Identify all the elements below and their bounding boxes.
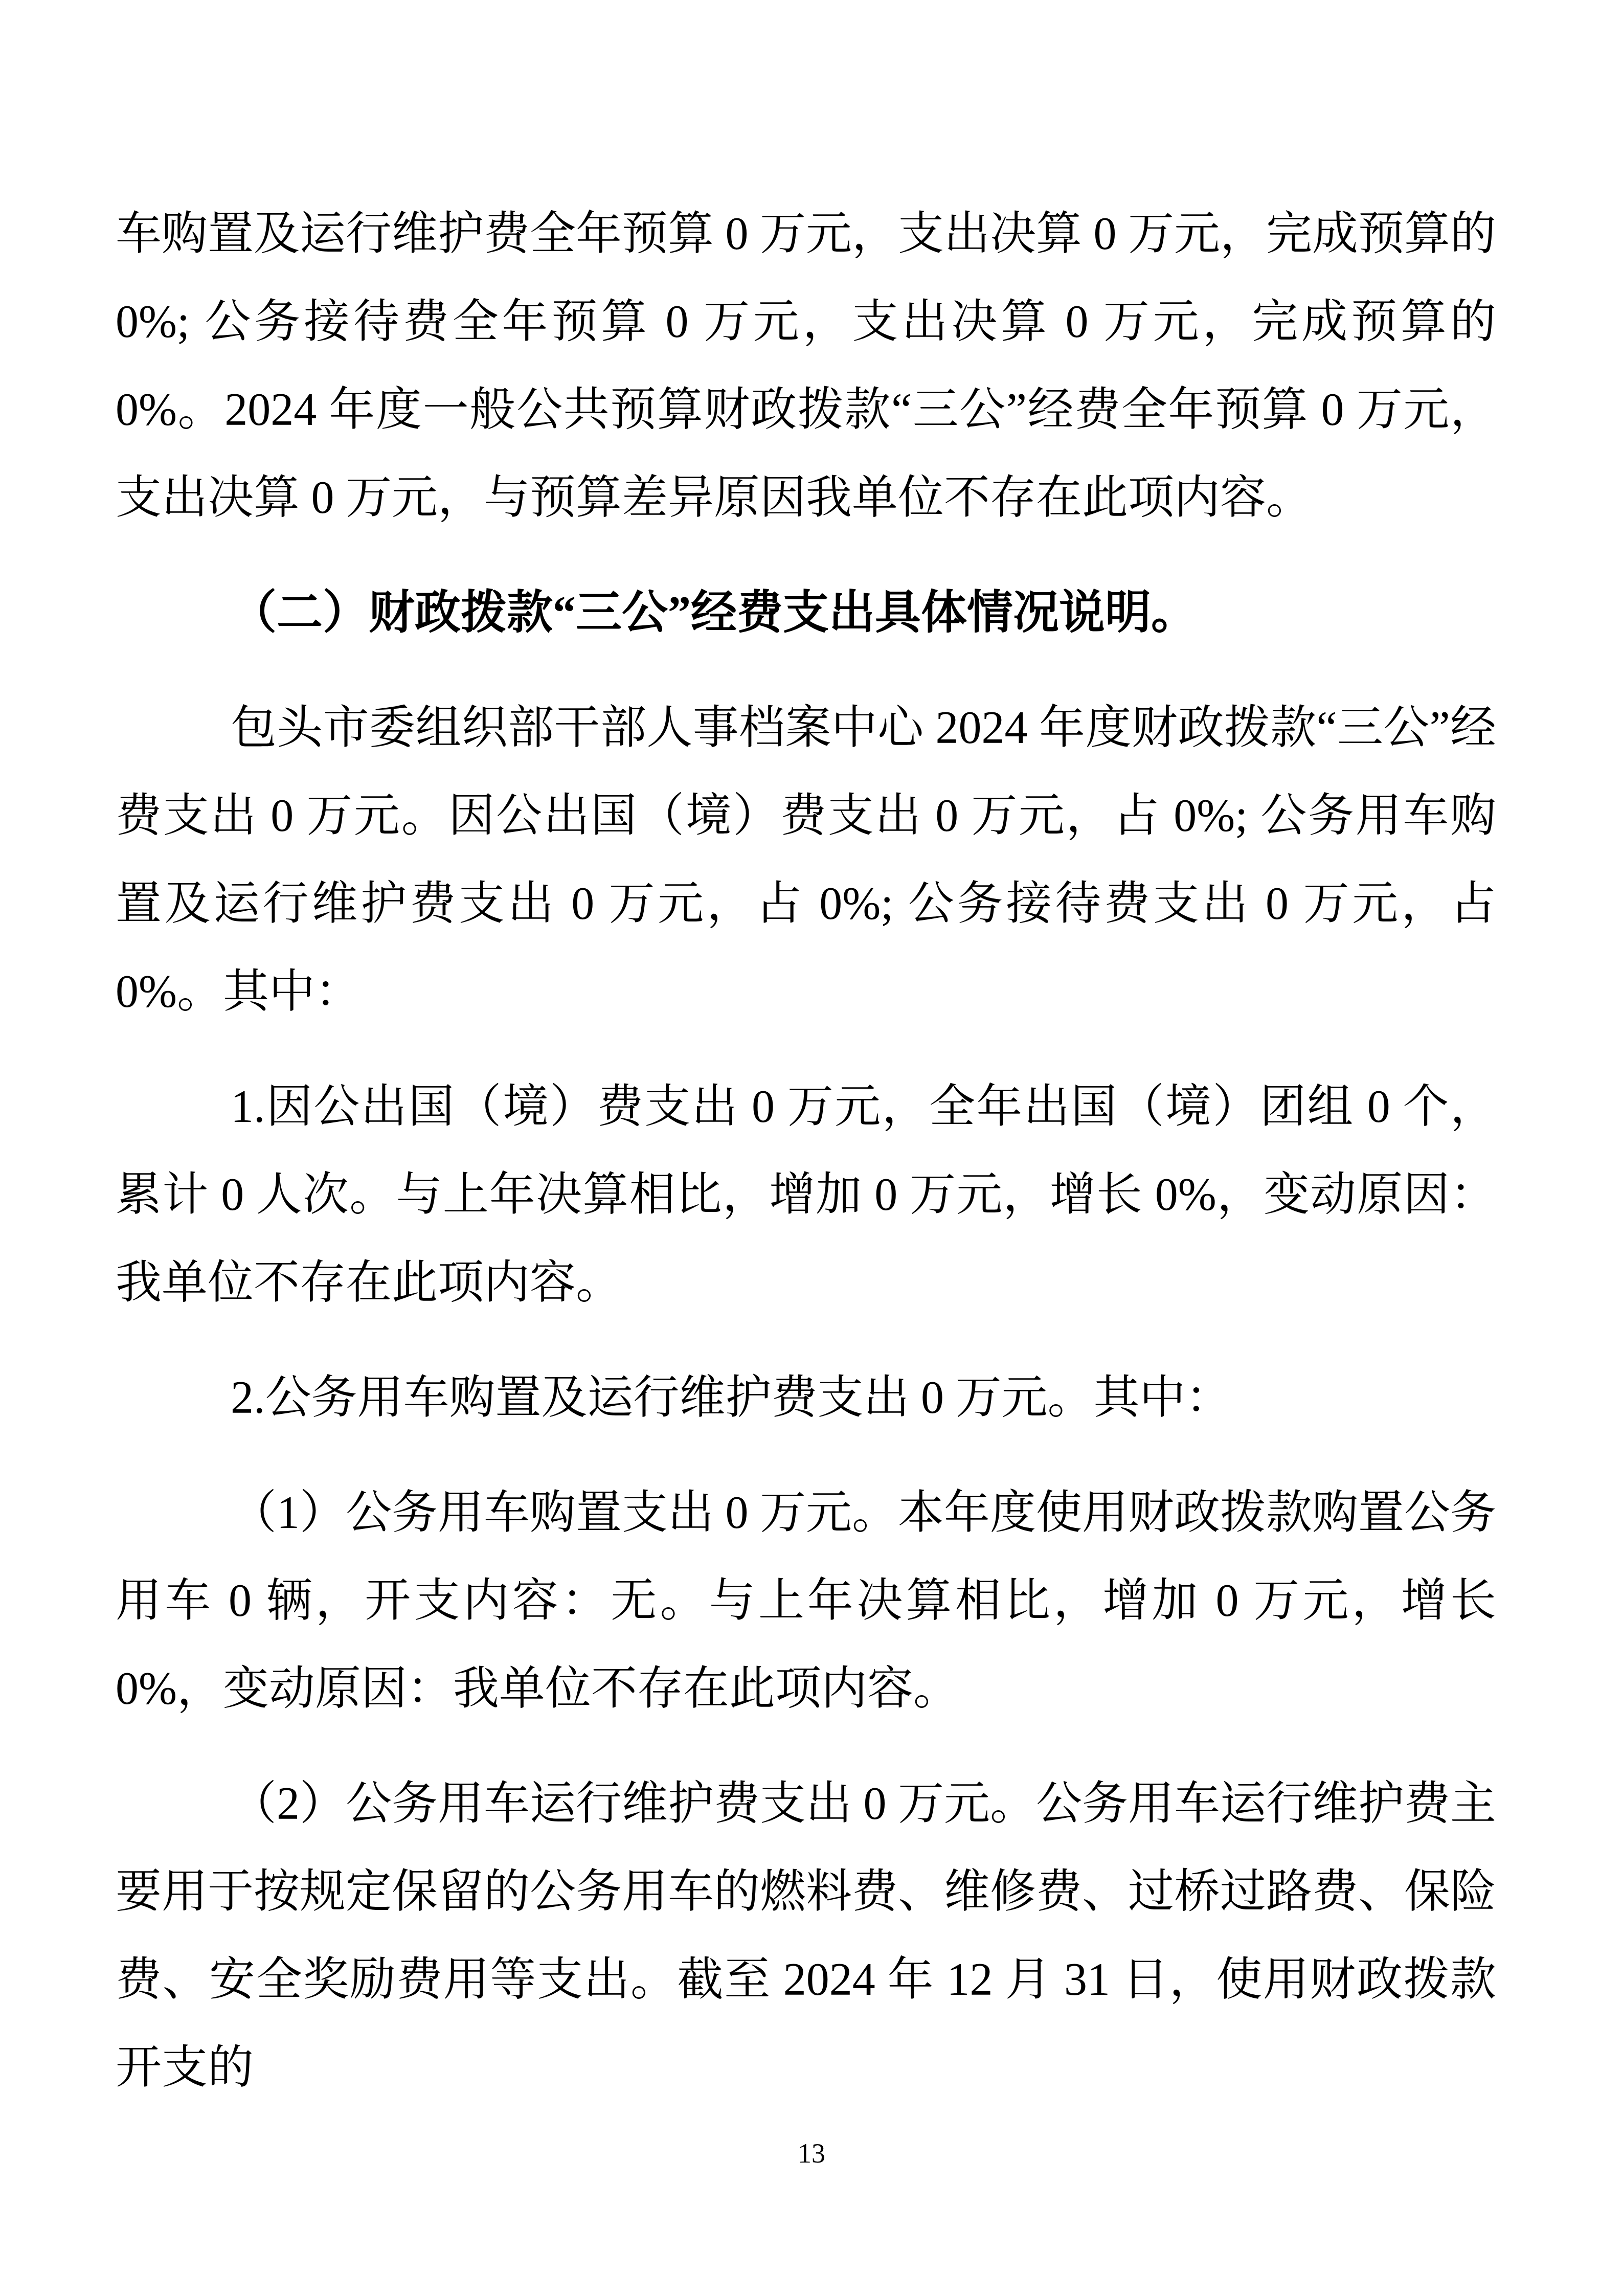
section-heading-sanggong-details: （二）财政拨款“三公”经费支出具体情况说明。 — [116, 569, 1496, 657]
paragraph-item1-abroad-expense: 1.因公出国（境）费支出 0 万元，全年出国（境）团组 0 个，累计 0 人次。… — [116, 1063, 1496, 1327]
page-number: 13 — [0, 2136, 1623, 2170]
paragraph-sanggong-overview: 包头市委组织部干部人事档案中心 2024 年度财政拨款“三公”经费支出 0 万元… — [116, 684, 1496, 1036]
document-body: 车购置及运行维护费全年预算 0 万元，支出决算 0 万元，完成预算的 0%; 公… — [116, 190, 1496, 2112]
document-page: 车购置及运行维护费全年预算 0 万元，支出决算 0 万元，完成预算的 0%; 公… — [0, 0, 1623, 2296]
paragraph-item2-vehicle-expense: 2.公务用车购置及运行维护费支出 0 万元。其中： — [116, 1354, 1496, 1442]
paragraph-item2-1-vehicle-purchase: （1）公务用车购置支出 0 万元。本年度使用财政拨款购置公务用车 0 辆，开支内… — [116, 1469, 1496, 1733]
paragraph-item2-2-vehicle-maintenance: （2）公务用车运行维护费支出 0 万元。公务用车运行维护费主要用于按规定保留的公… — [116, 1760, 1496, 2112]
paragraph-sanggong-budget-summary: 车购置及运行维护费全年预算 0 万元，支出决算 0 万元，完成预算的 0%; 公… — [116, 190, 1496, 542]
